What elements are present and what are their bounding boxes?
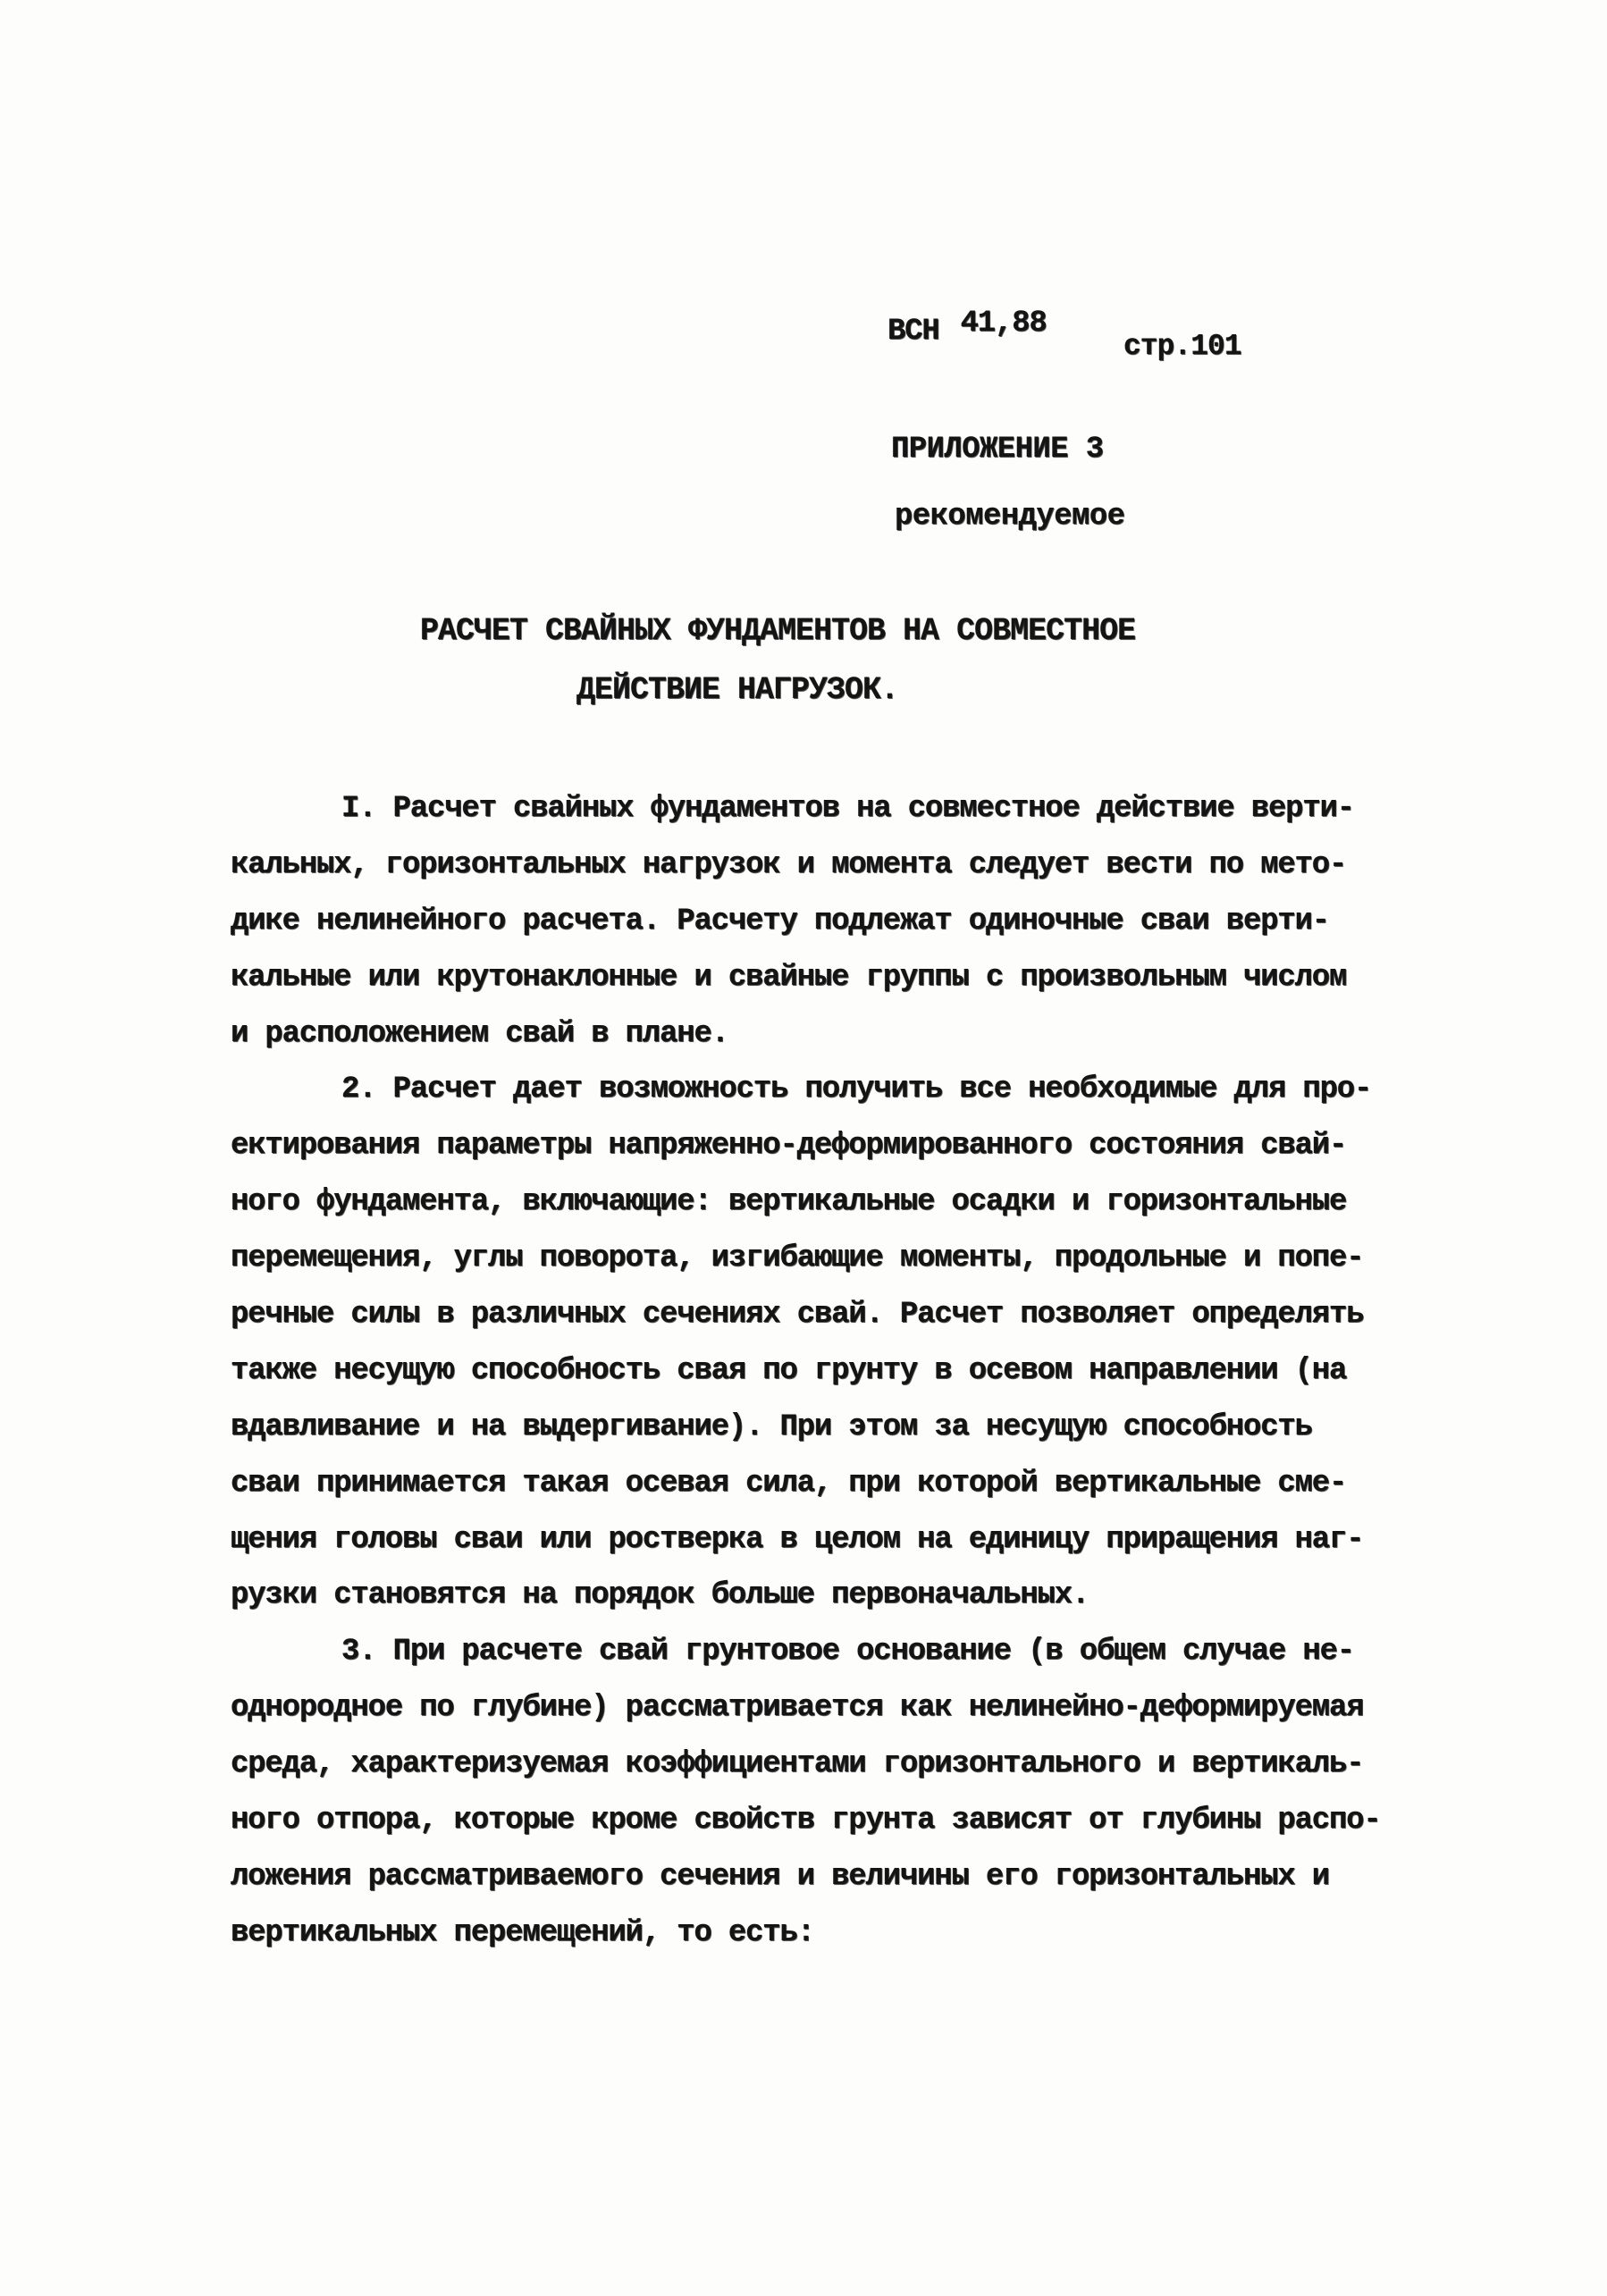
appendix-type: рекомендуемое [895, 500, 1124, 534]
text-line: ного фундамента, включающие: вертикальны… [231, 1174, 1381, 1231]
text-line: щения головы сваи или ростверка в целом … [231, 1512, 1381, 1569]
text-line: вертикальных перемещений, то есть: [231, 1905, 1381, 1962]
document-page: ВСН41,88 стр.101 ПРИЛОЖЕНИЕ 3 рекомендуе… [0, 0, 1607, 2296]
text-line: 3. При расчете свай грунтовое основание … [231, 1624, 1381, 1680]
text-line: дике нелинейного расчета. Расчету подлеж… [231, 894, 1381, 950]
text-line: перемещения, углы поворота, изгибающие м… [231, 1231, 1381, 1287]
text-line: кальных, горизонтальных нагрузок и момен… [231, 837, 1381, 894]
text-line: однородное по глубине) рассматривается к… [231, 1680, 1381, 1737]
text-line: ложения рассматриваемого сечения и велич… [231, 1849, 1381, 1905]
doc-code: ВСН41,88 [888, 315, 1047, 349]
text-line: речные силы в различных сечениях свай. Р… [231, 1287, 1381, 1343]
document-body: I. Расчет свайных фундаментов на совмест… [231, 781, 1381, 1962]
appendix-label: ПРИЛОЖЕНИЕ 3 [891, 433, 1104, 467]
text-line: кальные или крутонаклонные и свайные гру… [231, 950, 1381, 1006]
doc-title-line1: РАСЧЕТ СВАЙНЫХ ФУНДАМЕНТОВ НА СОВМЕСТНОЕ [420, 613, 1135, 649]
doc-code-number: 41,88 [961, 307, 1047, 341]
doc-title-line2: ДЕЙСТВИЕ НАГРУЗОК. [576, 672, 898, 708]
text-line: среда, характеризуемая коэффициентами го… [231, 1737, 1381, 1793]
text-line: ного отпора, которые кроме свойств грунт… [231, 1793, 1381, 1849]
text-line: и расположением свай в плане. [231, 1006, 1381, 1063]
text-line: ектирования параметры напряженно-деформи… [231, 1118, 1381, 1174]
text-line: рузки становятся на порядок больше перво… [231, 1568, 1381, 1624]
text-line: I. Расчет свайных фундаментов на совмест… [231, 781, 1381, 837]
page-number: стр.101 [1123, 330, 1241, 363]
text-line: 2. Расчет дает возможность получить все … [231, 1062, 1381, 1118]
text-line: вдавливание и на выдергивание). При этом… [231, 1400, 1381, 1456]
text-line: также несущую способность свая по грунту… [231, 1343, 1381, 1400]
doc-code-prefix: ВСН [888, 315, 939, 349]
text-line: сваи принимается такая осевая сила, при … [231, 1456, 1381, 1512]
